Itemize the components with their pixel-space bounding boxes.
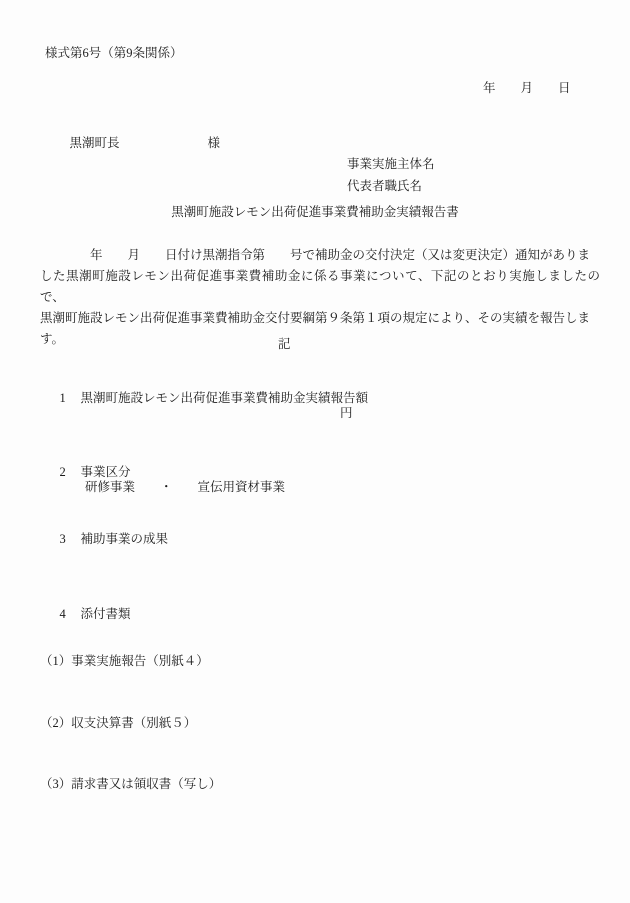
document-title: 黒潮町施設レモン出荷促進事業費補助金実績報告書 bbox=[0, 205, 630, 220]
item-2-label: 事業区分 bbox=[81, 465, 131, 479]
record-marker: 記 bbox=[278, 337, 291, 352]
addressee-line: 黒潮町長様 bbox=[57, 121, 220, 166]
item-1-number: 1 bbox=[60, 391, 81, 406]
addressee-honorific: 様 bbox=[208, 136, 221, 150]
form-number: 様式第6号（第9条関係） bbox=[45, 46, 183, 61]
attachment-item-2: （2）収支決算書（別紙５） bbox=[40, 713, 221, 734]
amount-unit-label: 円 bbox=[340, 406, 353, 421]
body-paragraph: 年 月 日付け黒潮指令第 号で補助金の交付決定（又は変更決定）通知がありま した… bbox=[40, 245, 600, 350]
attachment-list: （1）事業実施報告（別紙４） （2）収支決算書（別紙５） （3）請求書又は領収書… bbox=[40, 610, 221, 836]
item-3-row: 3補助事業の成果 bbox=[47, 517, 168, 562]
addressee-name: 黒潮町長 bbox=[70, 136, 120, 150]
attachment-item-1: （1）事業実施報告（別紙４） bbox=[40, 651, 221, 672]
item-3-number: 3 bbox=[60, 532, 81, 547]
date-line: 年 月 日 bbox=[483, 81, 571, 96]
issuer-representative-label: 代表者職氏名 bbox=[347, 179, 422, 194]
item-1-label: 黒潮町施設レモン出荷促進事業費補助金実績報告額 bbox=[81, 391, 369, 405]
item-2-options: 研修事業 ・ 宣伝用資材事業 bbox=[85, 480, 285, 495]
attachment-item-3: （3）請求書又は領収書（写し） bbox=[40, 774, 221, 795]
issuer-entity-label: 事業実施主体名 bbox=[347, 157, 435, 172]
document-page: 様式第6号（第9条関係） 年 月 日 黒潮町長様 事業実施主体名 代表者職氏名 … bbox=[0, 0, 630, 903]
item-2-number: 2 bbox=[60, 465, 81, 480]
item-3-label: 補助事業の成果 bbox=[81, 532, 169, 546]
item-1-row: 1黒潮町施設レモン出荷促進事業費補助金実績報告額 bbox=[47, 376, 368, 421]
